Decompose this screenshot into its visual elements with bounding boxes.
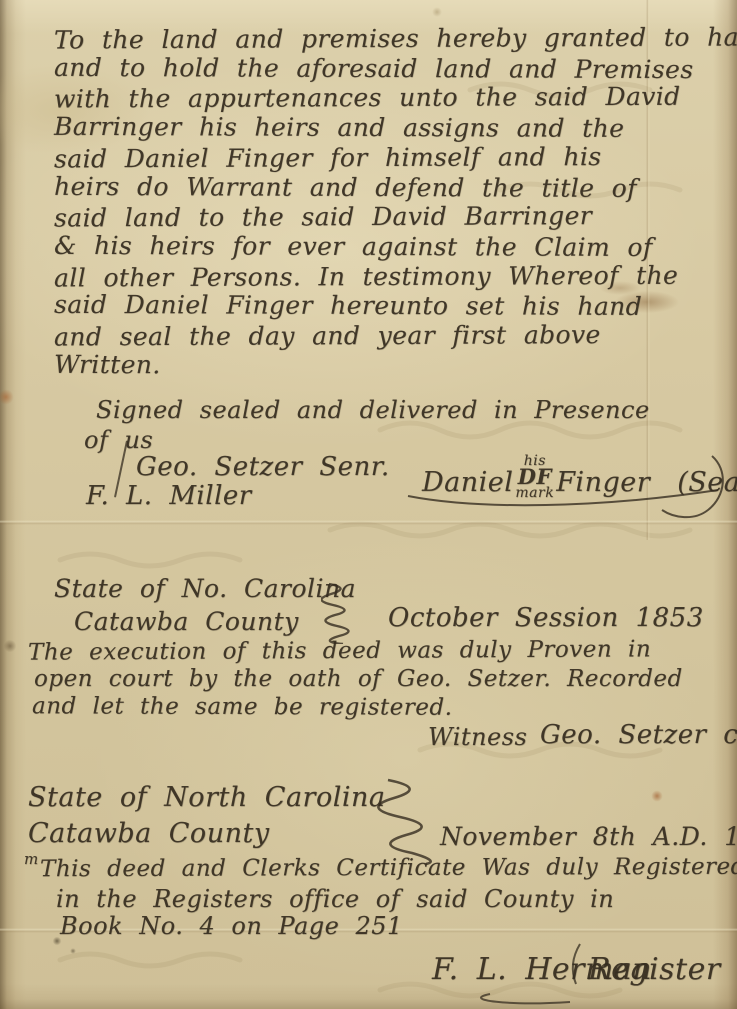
probate-county-line: Catawba County [74,607,299,636]
probate-state-line: State of No. Carolina [54,574,356,603]
probate-text-line: and let the same be registered. [32,693,453,720]
deed-body-paragraph: To the land and premises hereby granted … [54,24,714,380]
registration-text-line: in the Registers office of said County i… [56,885,614,913]
probate-witness-label: Witness [428,723,527,751]
registration-county-line: Catawba County [28,818,270,849]
probate-session-line: October Session 1853 [388,603,704,633]
deed-line: To the land and premises hereby granted … [54,23,714,56]
grantor-first-name: Daniel [422,467,513,498]
probate-text-line: The execution of this deed was duly Prov… [28,636,651,665]
seal-label: (Seal [677,467,737,498]
deed-line: Barringer his heirs and assigns and the [54,112,714,144]
attestation-line-2: of us [84,426,153,454]
deed-line: all other Persons. In testimony Whereof … [54,260,714,293]
registration-text-line: This deed and Clerks Certificate Was dul… [40,854,737,882]
register-title: Register [588,952,721,987]
grantor-his-mark: his DF mark [515,455,554,500]
probate-text-line: open court by the oath of Geo. Setzer. R… [34,666,683,692]
deed-line: Written. [54,350,714,382]
registration-margin-note: m [24,850,39,868]
grantor-last-name: Finger [556,467,650,498]
mark-word-mark: mark [515,485,554,501]
witness-signature-2: F. L. Miller [86,481,252,511]
attestation-line-1: Signed sealed and delivered in Presence [96,396,650,424]
registration-state-line: State of North Carolina [28,782,385,813]
witness-signature-1: Geo. Setzer Senr. [136,452,390,482]
deed-line: said land to the said David Barringer [54,201,714,234]
deed-line: with the appurtenances unto the said Dav… [54,82,714,115]
grantor-signature: Danielhis DF markFinger (Seal [422,455,737,500]
horizontal-fold-crease-upper [0,520,737,525]
registration-text-line: Book No. 4 on Page 251 [60,912,403,940]
probate-clerk-signature: Geo. Setzer cc [540,720,737,750]
deed-line: heirs do Warrant and defend the title of [54,171,714,203]
deed-line: and seal the day and year first above [54,320,714,353]
deed-line: said Daniel Finger hereunto set his hand [54,290,714,322]
deed-line: said Daniel Finger for himself and his [54,141,714,174]
deed-document-page: To the land and premises hereby granted … [0,0,737,1009]
deed-line: & his heirs for ever against the Claim o… [54,231,714,263]
deed-line: and to hold the aforesaid land and Premi… [54,53,714,85]
registration-date-line: November 8th A.D. 1853. [440,822,737,851]
